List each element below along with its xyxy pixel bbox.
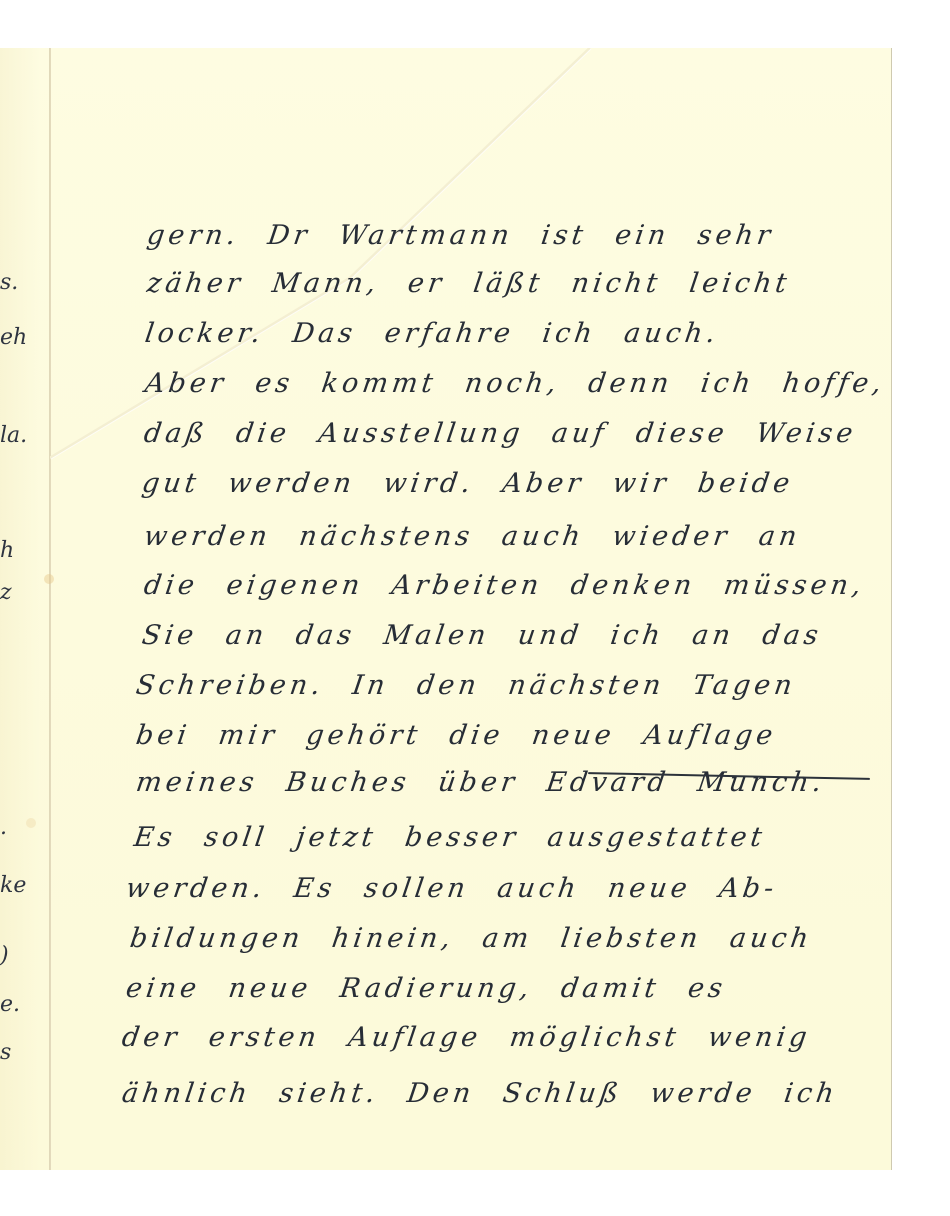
previous-page-fragment: ) [0,943,9,968]
previous-page-fragment: s [0,1040,11,1065]
letter-line-4: Aber es kommt noch, denn ich hoffe, [143,368,887,399]
letter-line-13: Es soll jetzt besser ausgestattet [132,822,768,853]
letter-line-14: werden. Es sollen auch neue Ab- [124,873,779,904]
previous-page-fragment: s. [0,270,18,295]
letter-line-18: ähnlich sieht. Den Schluß werde ich [120,1078,840,1109]
previous-page-fragment: h [0,538,14,563]
letter-line-9: Sie an das Malen und ich an das [140,620,824,651]
letter-line-2: zäher Mann, er läßt nicht leicht [145,268,792,299]
previous-page-fragment: z [0,580,12,605]
previous-page-fragment: eh [0,325,27,350]
letter-line-17: der ersten Auflage möglichst wenig [120,1022,813,1053]
paper-stain [44,574,54,584]
previous-page-fragment: ke [0,873,26,898]
previous-page-fragment: la. [0,423,27,448]
letter-line-15: bildungen hinein, am liebsten auch [128,923,814,954]
paper-crease [50,48,610,468]
letter-line-3: locker. Das erfahre ich auch. [143,318,721,349]
paper-stain [26,818,36,828]
letter-line-16: eine neue Radierung, damit es [124,973,728,1004]
letter-line-7: werden nächstens auch wieder an [142,521,803,552]
letter-line-11: bei mir gehört die neue Auflage [134,720,778,751]
letter-line-10: Schreiben. In den nächsten Tagen [134,670,798,701]
previous-page-fragment: e. [0,992,20,1017]
letter-line-8: die eigenen Arbeiten denken müssen, [142,570,867,601]
letter-line-6: gut werden wird. Aber wir beide [140,468,795,499]
letter-line-5: daß die Ausstellung auf diese Weise [142,418,859,449]
page-fold-line [49,48,51,1170]
letter-line-1: gern. Dr Wartmann ist ein sehr [145,220,776,251]
previous-page-fragment: . [0,815,7,840]
letter-line-12: meines Buches über Edvard Munch. [134,767,827,798]
